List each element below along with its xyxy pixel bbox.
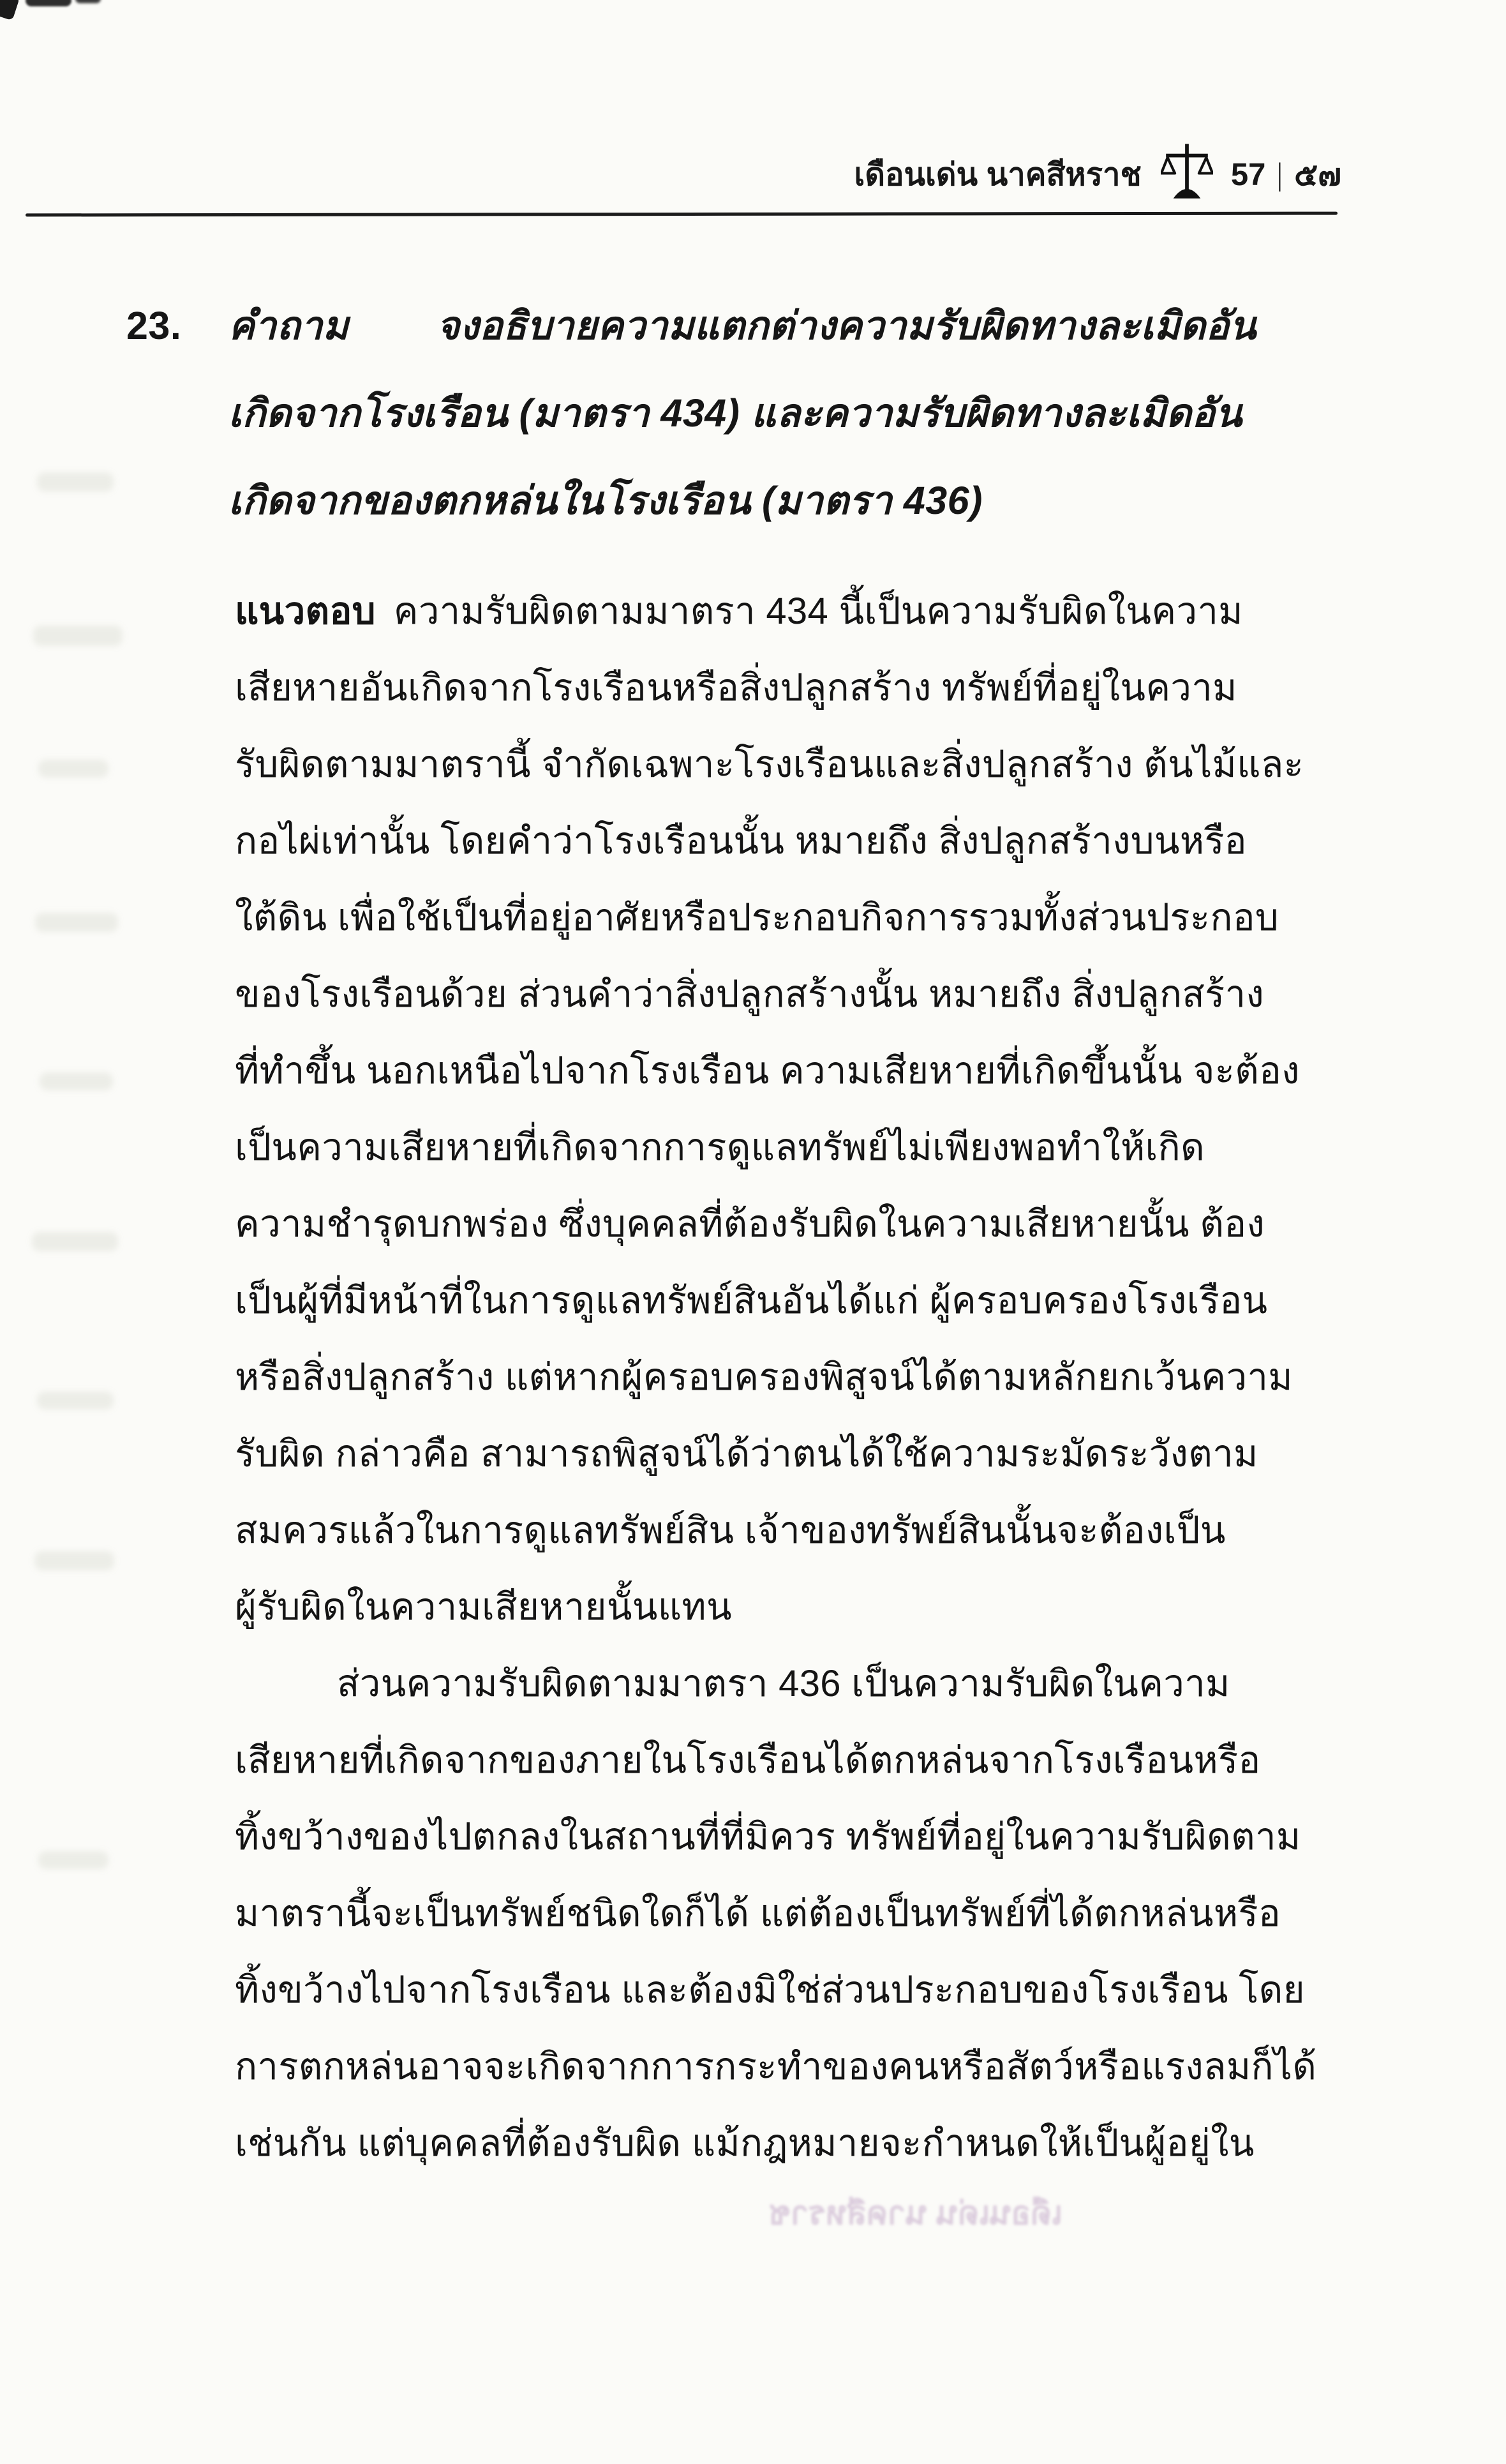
scan-smudge-left-margin (37, 472, 114, 492)
answer-paragraph-1-text: ความรับผิดตามมาตรา 434 นี้เป็นความรับผิด… (235, 590, 1304, 1628)
page-number-separator: | (1278, 153, 1282, 198)
question-text: จงอธิบายความแตกต่างความรับผิดทางละเมิดอั… (228, 304, 1256, 522)
scan-artifact-top-left (0, 0, 20, 20)
header-author: เดือนเด่น นาคสีหราช (854, 153, 1142, 198)
scan-smudge-left-margin (38, 760, 108, 778)
question-label: คำถาม (228, 304, 348, 347)
question-body: คำถามจงอธิบายความแตกต่างความรับผิดทางละเ… (228, 282, 1352, 545)
page-number-arabic: 57 (1231, 153, 1266, 198)
header-rule (26, 212, 1338, 217)
page-header: เดือนเด่น นาคสีหราช 57 | ๕๗ (854, 142, 1341, 198)
page-number: 57 | ๕๗ (1231, 153, 1341, 198)
scan-smudge-left-margin (40, 1072, 113, 1090)
scan-smudge-left-margin (32, 1232, 118, 1251)
answer-paragraph-1: แนวตอบความรับผิดตามมาตรา 434 นี้เป็นความ… (235, 573, 1345, 1646)
scan-artifact-top-smudge (26, 0, 71, 6)
answer-paragraph-2: ส่วนความรับผิดตามมาตรา 436 เป็นความรับผิ… (235, 1646, 1345, 2182)
question-number: 23. (126, 282, 181, 370)
scan-smudge-left-margin (37, 1392, 114, 1409)
answer-block: แนวตอบความรับผิดตามมาตรา 434 นี้เป็นความ… (235, 573, 1345, 2182)
scan-smudge-left-margin (35, 913, 118, 932)
page-number-thai: ๕๗ (1294, 153, 1341, 198)
scan-smudge-left-margin (38, 1851, 108, 1869)
scan-smudge-left-margin (34, 1551, 114, 1570)
bleed-through-text: เดือนเด่น นาคสีหราช (664, 2190, 1168, 2237)
answer-label: แนวตอบ (235, 590, 376, 632)
scan-smudge-left-margin (33, 626, 123, 646)
scanned-book-page: เดือนเด่น นาคสีหราช 57 | ๕๗ 23. คำถามจงอ… (0, 0, 1506, 2464)
scan-artifact-top-smudge (75, 0, 101, 3)
scales-of-justice-icon (1161, 142, 1213, 202)
